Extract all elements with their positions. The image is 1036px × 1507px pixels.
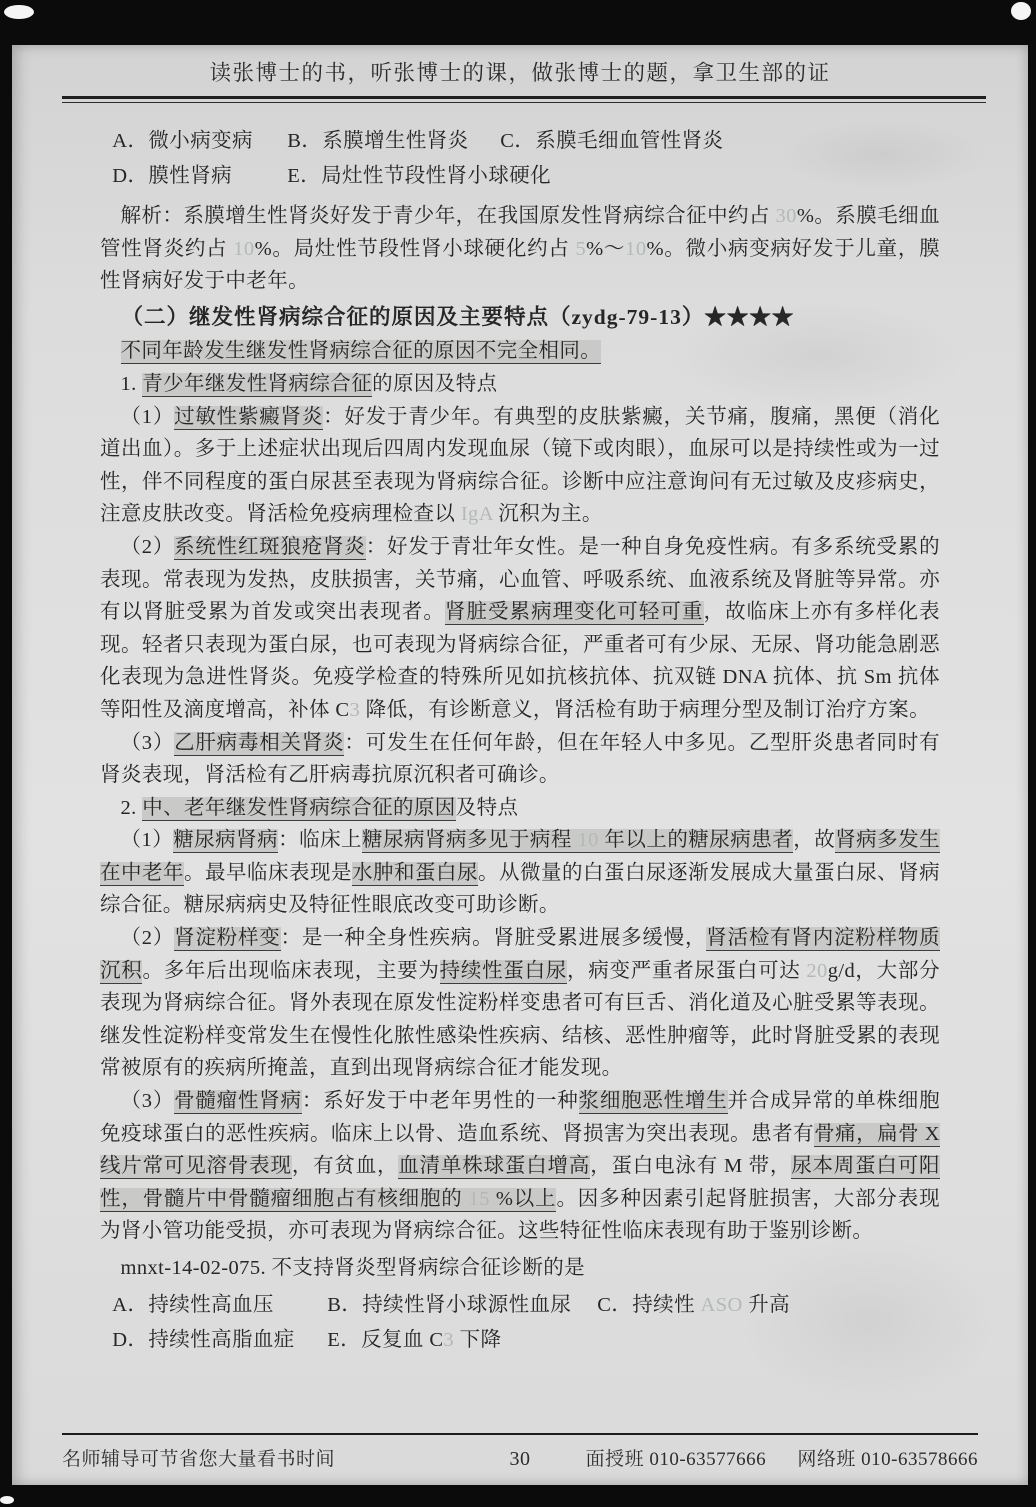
text-run: D．膜性肾病 [112,165,232,187]
q-top-options-2: D．膜性肾病E．局灶性节段性肾小球硬化 [100,160,940,193]
text-run: D．持续性高脂血症 [112,1329,294,1351]
text-run: 下降 [454,1329,501,1351]
text-run: %。局灶性节段性肾小球硬化约占 [255,238,576,260]
text-run: 持续性蛋白尿 [440,960,567,984]
page-header: 读张博士的书，听张博士的课，做张博士的题，拿卫生部的证 [12,45,1028,103]
option-item: C．持续性 ASO 升高 [597,1289,790,1322]
key-point-line: 不同年龄发生继发性肾病综合征的原因不完全相同。 [100,335,940,368]
option-item: A．微小病变病 [112,125,287,158]
text-run: （1） [121,406,175,428]
text-run: A．持续性高血压 [112,1294,274,1316]
text-run: 中、老年继发性肾病综合征的原因 [142,797,456,821]
text-run: 升高 [743,1294,790,1316]
option-item: C．系膜毛细血管性肾炎 [500,125,723,158]
q-top-options-1: A．微小病变病B．系膜增生性肾炎C．系膜毛细血管性肾炎 [100,125,940,158]
text-run: 骨髓瘤性肾病 [174,1090,302,1114]
text-run: 10 [625,238,646,260]
text-run: 浆细胞恶性增生 [579,1090,728,1114]
page-number: 30 [510,1448,531,1471]
text-run: ★★★★ [704,305,794,329]
option-item: B．持续性肾小球源性血尿 [327,1289,597,1322]
text-run: 2. [121,797,143,819]
text-run: （2） [121,927,175,949]
text-run: （1） [121,829,174,851]
text-run: 水肿和蛋白尿 [352,862,478,886]
option-item: B．系膜增生性肾炎 [287,125,500,158]
scan-frame: { "header": { "slogan": "读张博士的书，听张博士的课，做… [0,0,1036,1507]
text-run: C．系膜毛细血管性肾炎 [500,130,723,152]
text-run: ，蛋白电泳有 M 带， [590,1155,791,1177]
footer-contact-online: 网络班 010-63578666 [797,1449,978,1470]
text-run: 10 [577,829,598,853]
text-run: B．持续性肾小球源性血尿 [327,1294,571,1316]
scan-artifact [0,1496,14,1504]
footer-contacts: 面授班 010-63577666 网络班 010-63578666 [531,1444,979,1471]
document-page: 读张博士的书，听张博士的课，做张博士的题，拿卫生部的证 A．微小病变病B．系膜增… [12,45,1028,1485]
text-run: ASO [701,1294,743,1316]
text-run: 。多年后出现临床表现，主要为 [142,960,439,982]
text-run: 10 [233,238,254,260]
text-run: 过敏性紫癜肾炎 [174,406,323,430]
text-run: （3） [121,1090,175,1112]
text-run: 3 [350,699,361,721]
text-run: 20 [806,960,827,982]
option-item: E．反复血 C3 下降 [327,1324,501,1357]
text-run: 5 [575,238,586,260]
text-run: 15 [469,1188,490,1212]
q-bottom-options-2: D．持续性高脂血症E．反复血 C3 下降 [100,1324,940,1357]
footer-rule [62,1433,978,1435]
text-run: 解析：系膜增生性肾炎好发于青少年，在我国原发性肾病综合征中约占 [121,205,776,227]
page-footer: 名师辅导可节省您大量看书时间 30 面授班 010-63577666 网络班 0… [12,1433,1028,1485]
q-bottom-stem: mnxt-14-02-075. 不支持肾炎型肾病综合征诊断的是 [100,1252,940,1285]
option-item: E．局灶性节段性肾小球硬化 [287,160,551,193]
text-run: ：系好发于中老年男性的一种 [302,1090,579,1112]
text-run: ，病变严重者尿蛋白可达 [567,960,806,982]
q-bottom-options-1: A．持续性高血压B．持续性肾小球源性血尿C．持续性 ASO 升高 [100,1289,940,1322]
analysis-paragraph: 解析：系膜增生性肾炎好发于青少年，在我国原发性肾病综合征中约占 30%。系膜毛细… [100,200,940,298]
section-heading: （二）继发性肾病综合征的原因及主要特点（zydg-79-13）★★★★ [100,301,940,334]
text-run: 系统性红斑狼疮肾炎 [174,536,366,560]
text-run: 降低，有诊断意义，肾活检有助于病理分型及制订治疗方案。 [360,699,930,721]
paragraph-lupus-nephritis: （2）系统性红斑狼疮肾炎：好发于青壮年女性。是一种自身免疫性病。有多系统受累的表… [100,531,940,727]
text-run: 30 [776,205,797,227]
paragraph-myeloma-nephropathy: （3）骨髓瘤性肾病：系好发于中老年男性的一种浆细胞恶性增生并合成异常的单株细胞免… [100,1085,940,1248]
paragraph-henoch-purpura: （1）过敏性紫癜肾炎：好发于青少年。有典型的皮肤紫癜，关节痛，腹痛，黑便（消化道… [100,401,940,531]
text-run: 青少年继发性肾病综合征 [142,373,372,397]
text-run: （2） [121,536,175,558]
text-run: ：临床上 [278,829,362,851]
subsection-2-title: 2. 中、老年继发性肾病综合征的原因及特点 [100,792,940,825]
text-run: 血清单株球蛋白增高 [398,1155,590,1179]
text-run: C．持续性 [597,1294,700,1316]
text-run: %～ [586,238,625,260]
text-run: 不同年龄发生继发性肾病综合征的原因不完全相同。 [121,340,602,364]
text-run: IgA [461,503,493,525]
option-item: D．持续性高脂血症 [112,1324,327,1357]
paragraph-hbv-nephritis: （3）乙肝病毒相关肾炎：可发生在任何年龄，但在年轻人中多见。乙型肝炎患者同时有肾… [100,727,940,792]
text-run: 年以上的糖尿病患者 [599,829,793,853]
text-run: B．系膜增生性肾炎 [287,130,468,152]
text-run: ，故 [793,829,835,851]
text-run: 糖尿病肾病多见于病程 [362,829,577,853]
text-run: 糖尿病肾病 [173,829,278,853]
text-run: （3） [121,732,175,754]
page-body: A．微小病变病B．系膜增生性肾炎C．系膜毛细血管性肾炎D．膜性肾病E．局灶性节段… [12,103,1028,1433]
paragraph-renal-amyloidosis: （2）肾淀粉样变：是一种全身性疾病。肾脏受累进展多缓慢，肾活检有肾内淀粉样物质沉… [100,922,940,1085]
text-run: 乙肝病毒相关肾炎 [174,732,344,756]
subsection-1-title: 1. 青少年继发性肾病综合征的原因及特点 [100,368,940,401]
text-run: 3 [443,1329,454,1351]
text-run: （二）继发性肾病综合征的原因及主要特点（zydg-79-13） [122,305,705,329]
text-run: 1. [121,373,143,395]
text-run: 沉积为主。 [493,503,603,525]
text-run: %以上 [490,1188,557,1212]
scan-artifact [4,5,34,19]
scan-artifact [1011,2,1031,20]
text-run: 肾脏受累病理变化可轻可重 [445,601,704,625]
header-slogan: 读张博士的书，听张博士的课，做张博士的题，拿卫生部的证 [12,58,1028,88]
text-run: E．反复血 C [327,1329,443,1351]
text-run: ：是一种全身性疾病。肾脏受累进展多缓慢， [281,927,707,949]
text-run: A．微小病变病 [112,130,253,152]
paragraph-diabetic-nephropathy: （1）糖尿病肾病：临床上糖尿病肾病多见于病程 10 年以上的糖尿病患者，故肾病多… [100,824,940,922]
text-run: 的原因及特点 [372,373,497,395]
text-run: mnxt-14-02-075. 不支持肾炎型肾病综合征诊断的是 [121,1257,586,1279]
option-item: A．持续性高血压 [112,1289,327,1322]
text-run: 。最早临床表现是 [184,862,352,884]
footer-slogan: 名师辅导可节省您大量看书时间 [62,1444,510,1471]
text-run: 肾淀粉样变 [174,927,280,951]
text-run: 及特点 [456,797,519,819]
text-run: ，有贫血， [292,1155,399,1177]
text-run: E．局灶性节段性肾小球硬化 [287,165,551,187]
footer-contact-onsite: 面授班 010-63577666 [586,1449,767,1470]
option-item: D．膜性肾病 [112,160,287,193]
header-rule [62,96,986,103]
